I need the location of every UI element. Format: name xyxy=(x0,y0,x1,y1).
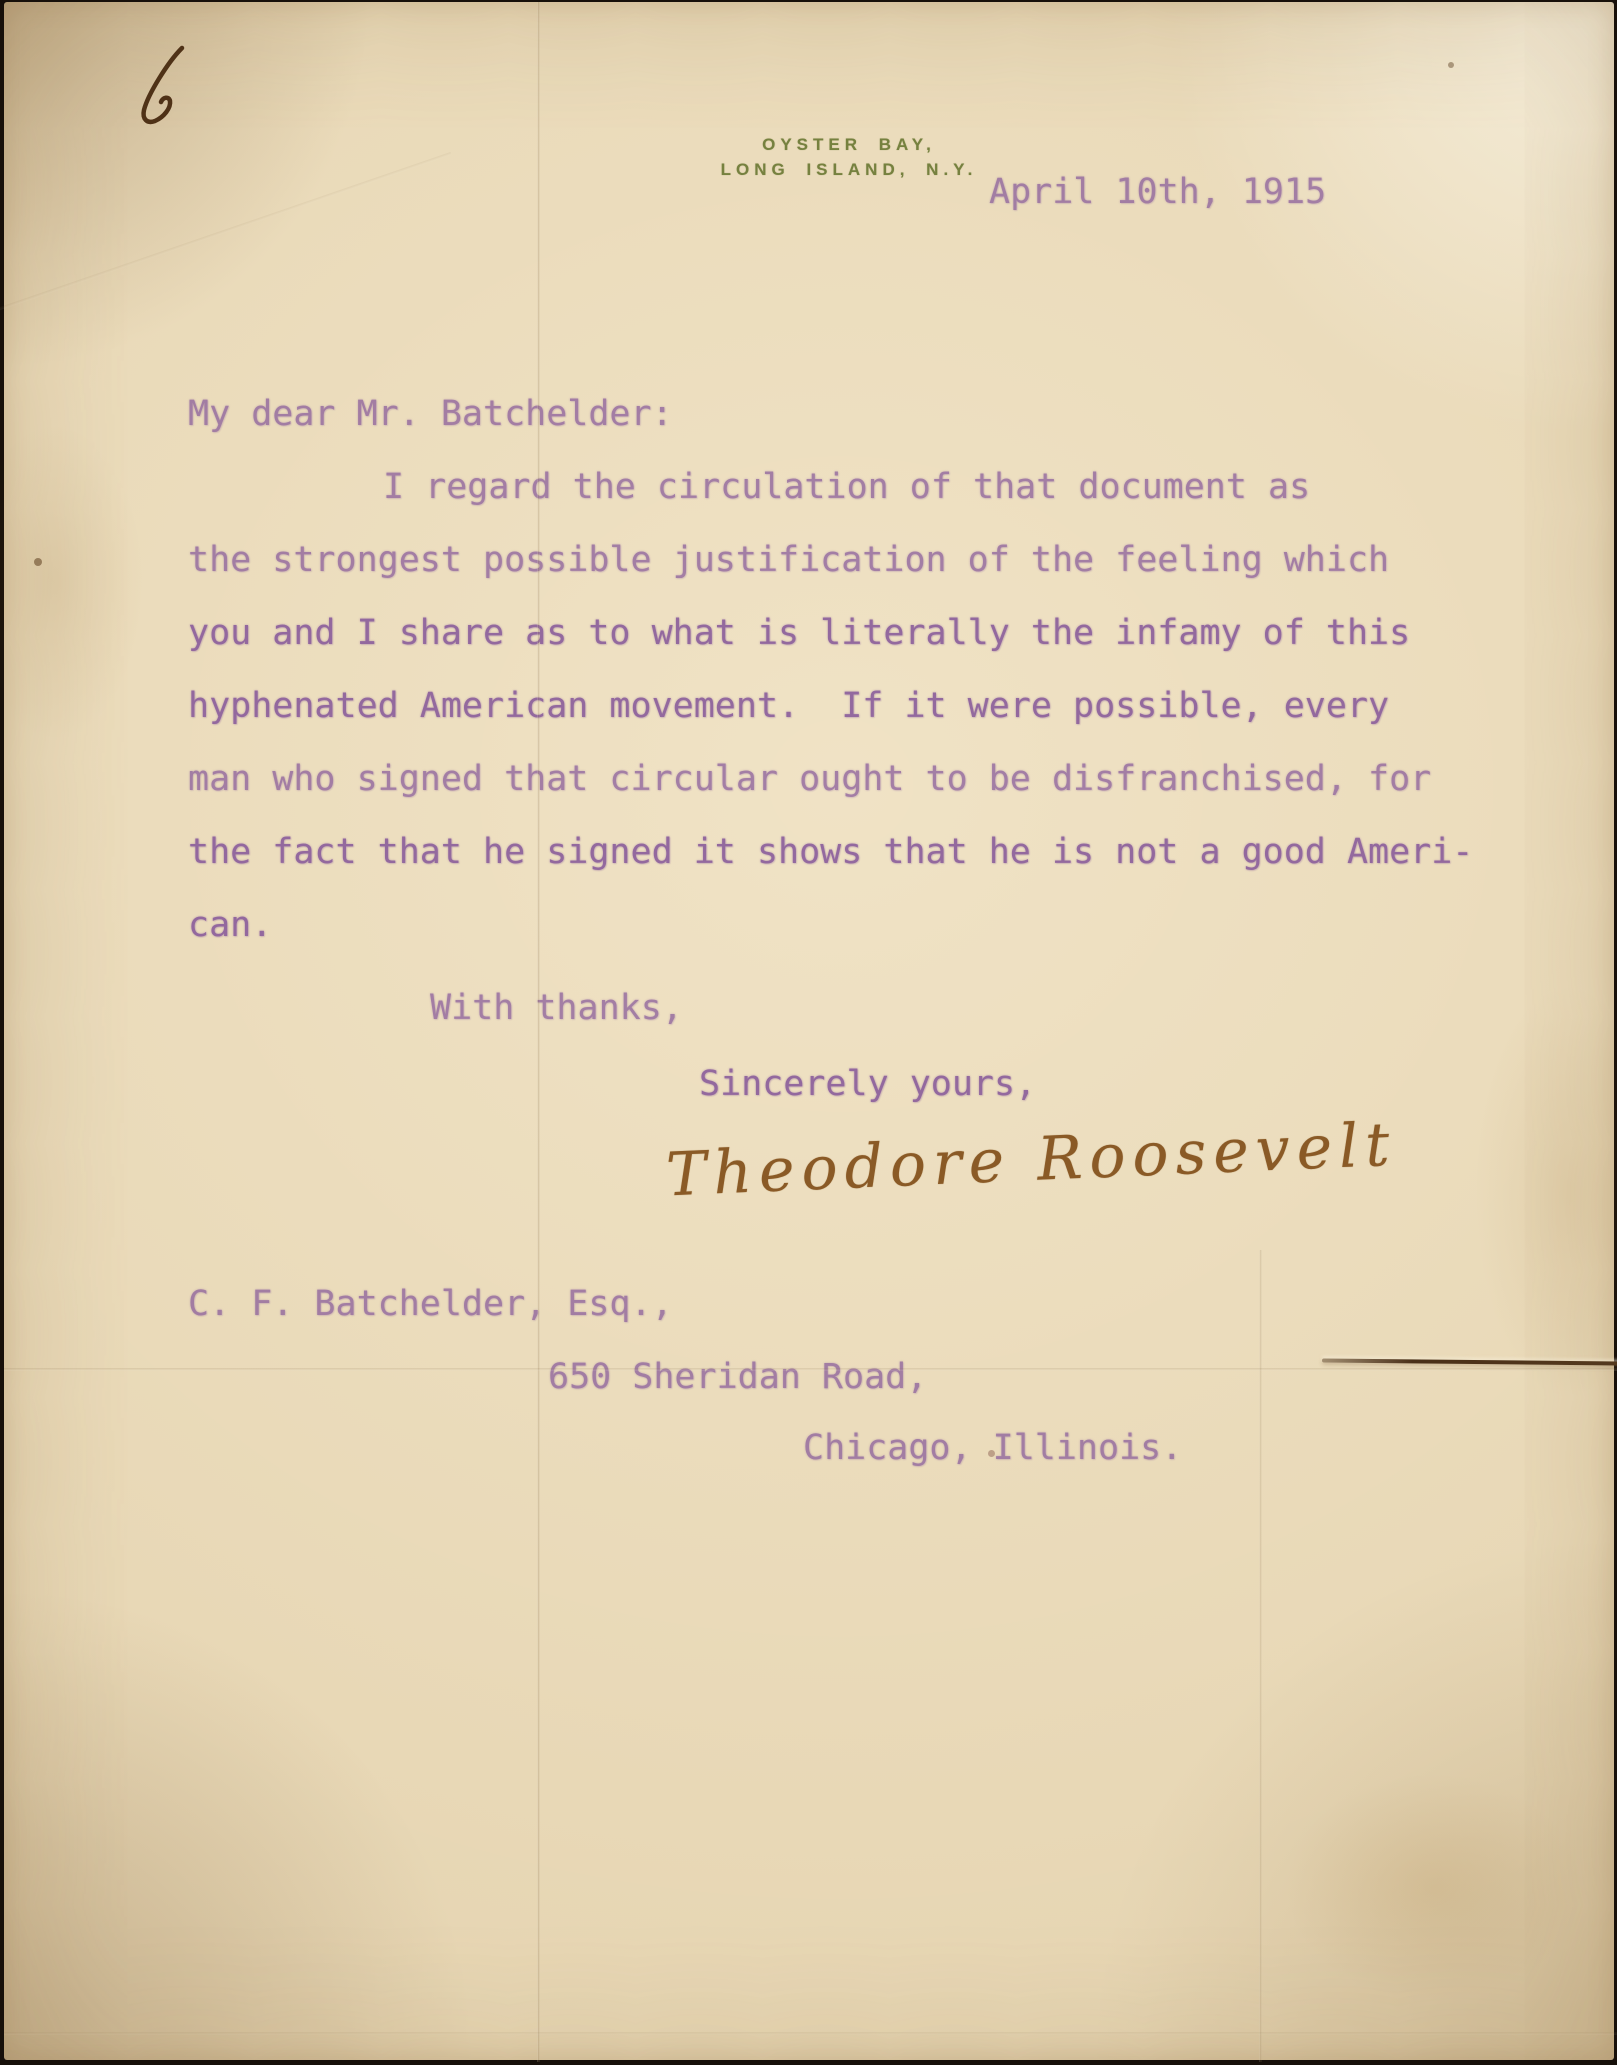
date-line: April 10th, 1915 xyxy=(989,170,1326,214)
letter-scan: OYSTER BAY, LONG ISLAND, N.Y. April 10th… xyxy=(0,0,1617,2065)
recipient-city: Chicago, Illinois. xyxy=(803,1426,1182,1470)
age-stain-left-edge xyxy=(0,422,144,742)
fold-crease-vertical-center xyxy=(537,2,540,2062)
paper-sheet: OYSTER BAY, LONG ISLAND, N.Y. April 10th… xyxy=(4,2,1614,2060)
signature: Theodore Roosevelt xyxy=(665,1108,1447,1211)
recipient-street: 650 Sheridan Road, xyxy=(548,1355,927,1399)
salutation: My dear Mr. Batchelder: xyxy=(188,392,673,436)
recipient-name: C. F. Batchelder, Esq., xyxy=(188,1282,673,1326)
closing-sincerely: Sincerely yours, xyxy=(699,1062,1036,1106)
fold-crease-vertical-right xyxy=(1259,1250,1262,2062)
annotation-mark-icon xyxy=(130,42,210,127)
body-line: the fact that he signed it shows that he… xyxy=(188,830,1473,874)
body-line: hyphenated American movement. If it were… xyxy=(188,684,1389,728)
body-line: the strongest possible justification of … xyxy=(188,538,1389,582)
fold-crease-horizontal-bottom xyxy=(4,2032,1617,2035)
annotation-mark xyxy=(130,42,210,131)
body-line: you and I share as to what is literally … xyxy=(188,611,1410,655)
letterhead-line1: OYSTER BAY, xyxy=(564,132,1134,157)
closing-with-thanks: With thanks, xyxy=(430,986,683,1030)
fold-crease-diagonal-topleft xyxy=(0,152,451,311)
paper-speck xyxy=(1448,62,1454,68)
age-stain-bottom-right xyxy=(1284,1772,1584,2002)
age-stain-right-edge xyxy=(1474,982,1617,1402)
paper-tear-right xyxy=(1322,1358,1617,1365)
body-line: I regard the circulation of that documen… xyxy=(383,465,1310,509)
body-line: man who signed that circular ought to be… xyxy=(188,757,1431,801)
paper-speck xyxy=(34,558,42,566)
body-line: can. xyxy=(188,903,272,947)
